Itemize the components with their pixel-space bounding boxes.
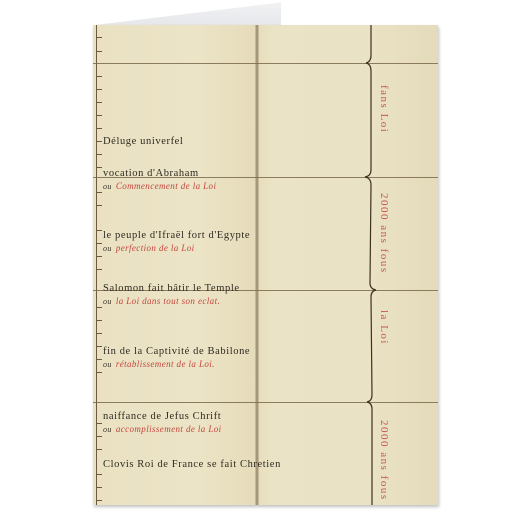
event-text: naiffance de Jefus Chrift	[103, 411, 221, 422]
ruler-tick	[96, 372, 102, 373]
card-fold-spine	[255, 25, 259, 505]
event-text: Salomon fait bâtir le Temple	[103, 283, 240, 294]
ruler-tick	[96, 307, 102, 308]
timeline-entry: Salomon fait bâtir le Temple oula Loi da…	[103, 278, 240, 306]
ruler-tick	[96, 256, 102, 257]
ruler-tick	[96, 346, 102, 347]
period-label: 2000 ans fous	[378, 193, 390, 274]
timeline-entry: Déluge univerfel	[103, 131, 183, 149]
ruler-tick	[96, 243, 102, 244]
period-divider	[93, 63, 438, 64]
ruler-tick	[96, 115, 102, 116]
period-label: la Loi	[378, 310, 390, 345]
ruler-tick	[96, 205, 102, 206]
period-label: 2000 ans fous	[378, 420, 390, 501]
event-text: vocation d'Abraham	[103, 168, 199, 179]
ruler-tick	[96, 333, 102, 334]
ruler-tick	[96, 141, 102, 142]
event-text: le peuple d'Ifraël fort d'Egypte	[103, 230, 250, 241]
event-text: Clovis Roi de France se fait Chretien	[103, 459, 281, 470]
ruler-tick	[96, 474, 102, 475]
timeline-entry: Clovis Roi de France se fait Chretien	[103, 454, 281, 472]
timeline-entry: fin de la Captivité de Babilone ourétabl…	[103, 341, 250, 369]
margin-ruler	[96, 25, 97, 505]
ruler-tick	[96, 423, 102, 424]
period-label: fans Loi	[378, 85, 390, 133]
event-gloss: ouaccomplissement de la Loi	[103, 424, 222, 434]
event-gloss: ouperfection de la Loi	[103, 243, 250, 253]
ruler-tick	[96, 320, 102, 321]
event-gloss: oula Loi dans tout son eclat.	[103, 296, 240, 306]
ruler-tick	[96, 154, 102, 155]
event-text: fin de la Captivité de Babilone	[103, 346, 250, 357]
event-text: Déluge univerfel	[103, 136, 183, 147]
ruler-tick	[96, 359, 102, 360]
greeting-card-chronology-chart: Déluge univerfel vocation d'Abraham ouCo…	[93, 25, 438, 505]
event-gloss: ouCommencement de la Loi	[103, 181, 216, 191]
event-gloss: ourétablissement de la Loi.	[103, 359, 250, 369]
ruler-tick	[96, 51, 102, 52]
ruler-tick	[96, 128, 102, 129]
ruler-tick	[96, 449, 102, 450]
timeline-entry: naiffance de Jefus Chrift ouaccomplissem…	[103, 406, 222, 434]
ruler-tick	[96, 37, 102, 38]
period-divider	[93, 402, 438, 403]
ruler-tick	[96, 500, 102, 501]
timeline-entry: le peuple d'Ifraël fort d'Egypte ouperfe…	[103, 225, 250, 253]
ruler-tick	[96, 436, 102, 437]
timeline-entry: vocation d'Abraham ouCommencement de la …	[103, 163, 216, 191]
ruler-tick	[96, 102, 102, 103]
ruler-tick	[96, 76, 102, 77]
ruler-tick	[96, 487, 102, 488]
ruler-tick	[96, 269, 102, 270]
ruler-tick	[96, 230, 102, 231]
ruler-tick	[96, 167, 102, 168]
ruler-tick	[96, 89, 102, 90]
ruler-tick	[96, 192, 102, 193]
